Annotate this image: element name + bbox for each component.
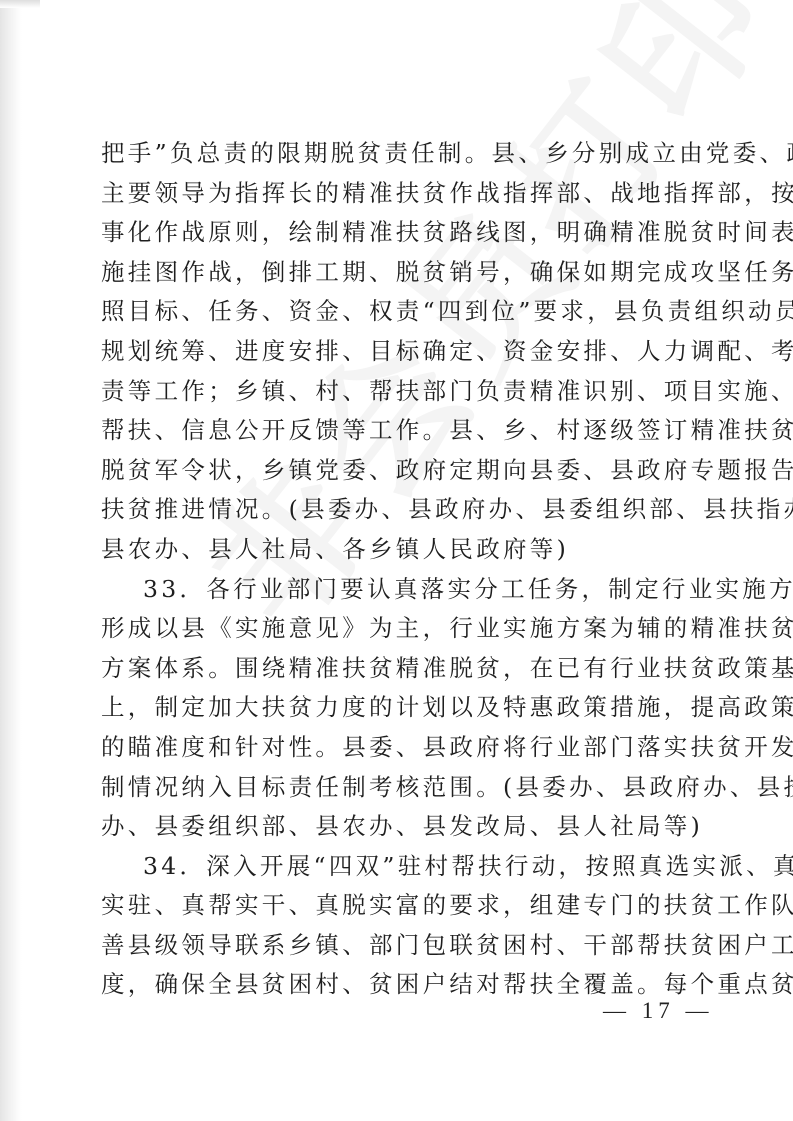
text-line: 上，制定加大扶贫力度的计划以及特惠政策措施，提高政策措施 [101,688,697,728]
text-line: 把手”负总责的限期脱贫责任制。县、乡分别成立由党委、政府 [101,134,697,174]
text-line: 的瞄准度和针对性。县委、县政府将行业部门落实扶贫开发责任 [101,728,697,768]
document-body: 把手”负总责的限期脱贫责任制。县、乡分别成立由党委、政府 主要领导为指挥长的精准… [101,134,697,1005]
paragraph-32-continued: 把手”负总责的限期脱贫责任制。县、乡分别成立由党委、政府 主要领导为指挥长的精准… [101,134,697,570]
text-line: 帮扶、信息公开反馈等工作。县、乡、村逐级签订精准扶贫精准 [101,411,697,451]
paragraph-first-line: 34．深入开展“四双”驻村帮扶行动，按照真选实派、真蹲 [101,847,697,887]
paragraph-first-line: 33．各行业部门要认真落实分工任务，制定行业实施方案， [101,570,697,610]
text-line: 制情况纳入目标责任制考核范围。(县委办、县政府办、县扶指 [101,768,697,808]
text-line: 善县级领导联系乡镇、部门包联贫困村、干部帮扶贫困户工作制 [101,926,697,966]
text-line: 形成以县《实施意见》为主，行业实施方案为辅的精准扶贫工作 [101,609,697,649]
text-line: 施挂图作战，倒排工期、脱贫销号，确保如期完成攻坚任务。按 [101,253,697,293]
page-number: — 17 — [603,998,714,1024]
text-line: 办、县委组织部、县农办、县发改局、县人社局等) [101,807,697,847]
text-line: 照目标、任务、资金、权责“四到位”要求，县负责组织动员、 [101,292,697,332]
scan-corner-shadow [0,0,40,8]
text-line: 责等工作；乡镇、村、帮扶部门负责精准识别、项目实施、结对 [101,372,697,412]
paragraph-33: 33．各行业部门要认真落实分工任务，制定行业实施方案， 形成以县《实施意见》为主… [101,570,697,847]
text-line: 事化作战原则，绘制精准扶贫路线图，明确精准脱贫时间表，实 [101,213,697,253]
text-line: 方案体系。围绕精准扶贫精准脱贫，在已有行业扶贫政策基础 [101,649,697,689]
text-line: 实驻、真帮实干、真脱实富的要求，组建专门的扶贫工作队，完 [101,886,697,926]
paragraph-34: 34．深入开展“四双”驻村帮扶行动，按照真选实派、真蹲 实驻、真帮实干、真脱实富… [101,847,697,1005]
text-line: 脱贫军令状，乡镇党委、政府定期向县委、县政府专题报告精准 [101,451,697,491]
text-line: 主要领导为指挥长的精准扶贫作战指挥部、战地指挥部，按照军 [101,174,697,214]
text-line: 县农办、县人社局、各乡镇人民政府等) [101,530,697,570]
scan-edge-shadow [0,0,22,1121]
text-line: 扶贫推进情况。(县委办、县政府办、县委组织部、县扶指办、 [101,490,697,530]
text-line: 规划统筹、进度安排、目标确定、资金安排、人力调配、考核问 [101,332,697,372]
